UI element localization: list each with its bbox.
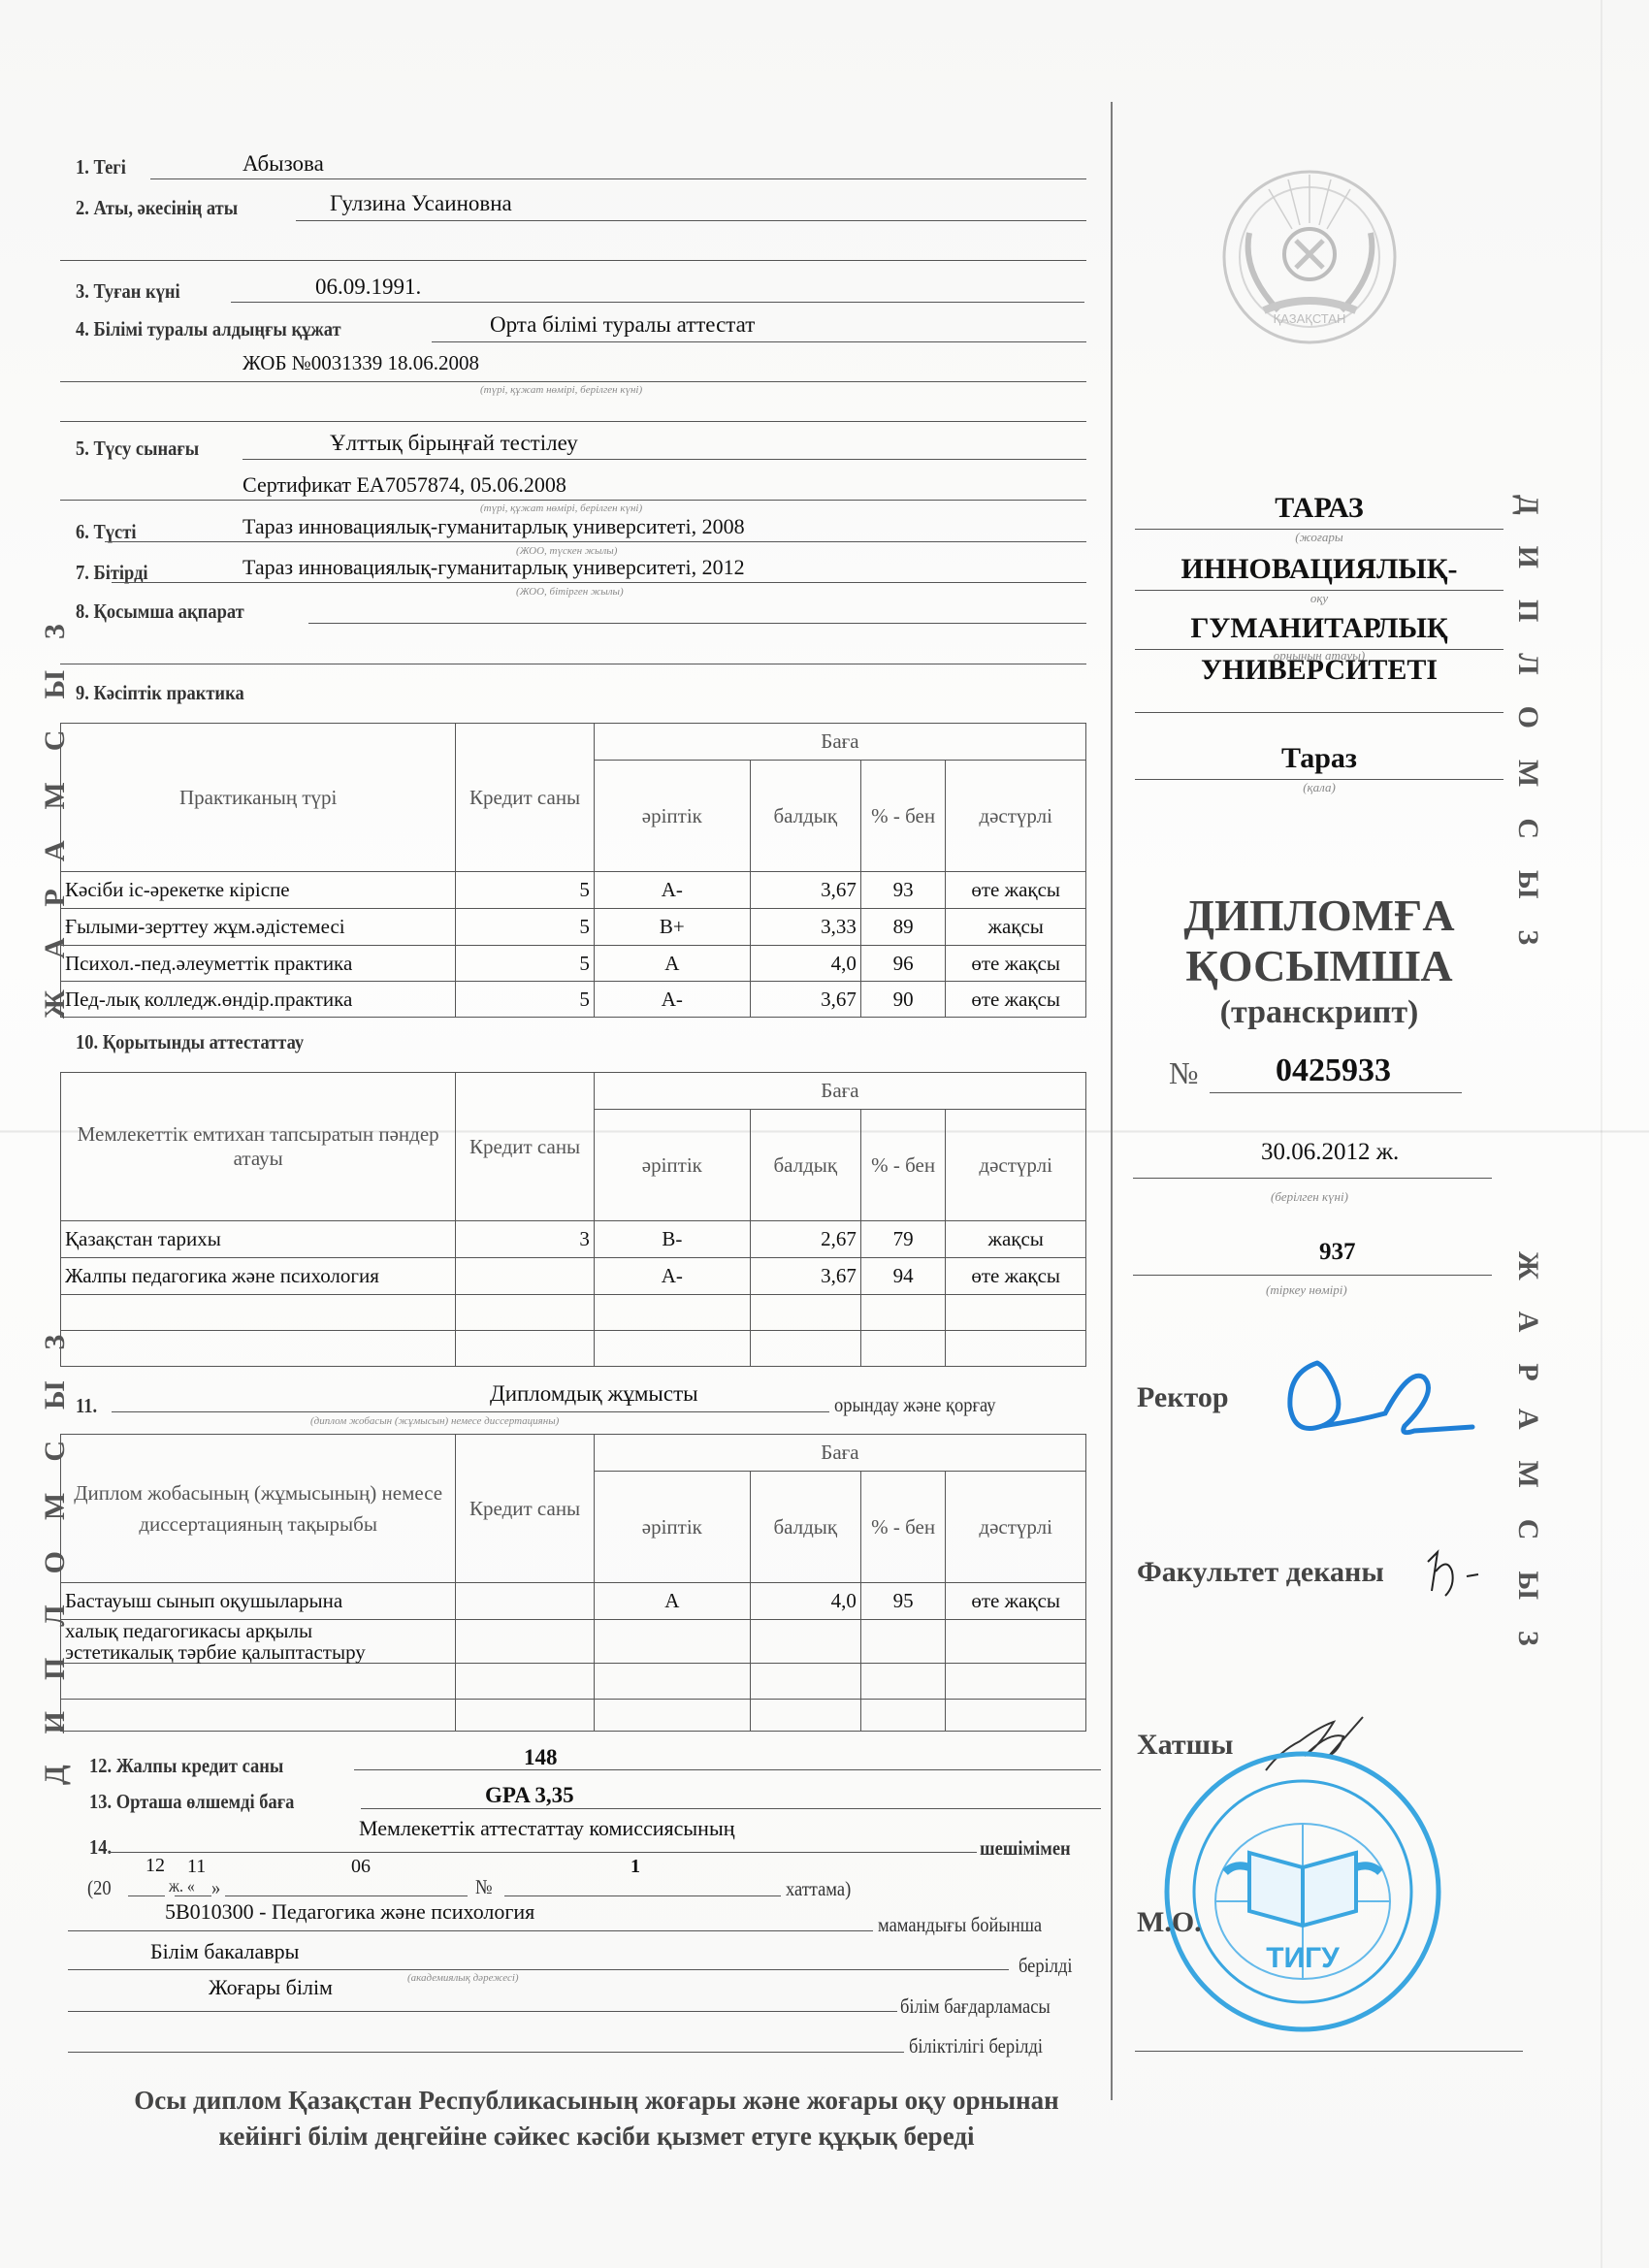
thesis-letter: A — [594, 1583, 750, 1620]
table-row: Қазақстан тарихы3B-2,6779жақсы — [61, 1221, 1086, 1258]
attestation-col-traditional: дәстүрлі — [946, 1110, 1086, 1221]
program-suffix: білім бағдарламасы — [900, 1994, 1051, 2019]
degree-suffix: берілді — [1018, 1954, 1072, 1978]
attestation-cell-traditional — [946, 1295, 1086, 1331]
decision-number: 14. — [89, 1835, 112, 1860]
attestation-col-letter: әріптік — [594, 1110, 750, 1221]
transcript-number-label: № — [1169, 1055, 1199, 1091]
practice-cell-percent: 90 — [860, 982, 946, 1018]
attestation-cell-letter — [594, 1331, 750, 1367]
practice-cell-name: Кәсіби іс-әрекетке кіріспе — [61, 872, 456, 909]
specialty-value: 5В010300 - Педагогика және психология — [165, 1899, 534, 1925]
table-row: Пед-лық колледж.өндір.практика5A-3,6790ө… — [61, 982, 1086, 1018]
practice-col-name: Практиканың түрі — [61, 724, 456, 872]
thesis-percent: 95 — [860, 1583, 946, 1620]
attestation-col-percent: % - бен — [860, 1110, 946, 1221]
attestation-col-name: Мемлекеттік емтихан тапсыратын пәндер ат… — [61, 1073, 456, 1221]
practice-col-grade: Баға — [594, 724, 1085, 761]
practice-cell-name: Ғылыми-зерттеу жұм.әдістемесі — [61, 909, 456, 946]
thesis-table: Диплом жобасының (жұмысының) немесе дисс… — [60, 1434, 1086, 1732]
attestation-cell-points — [750, 1295, 860, 1331]
attestation-cell-letter: B- — [594, 1221, 750, 1258]
registration-number-hint: (тіркеу нөмірі) — [1266, 1282, 1347, 1298]
attestation-cell-letter — [594, 1295, 750, 1331]
practice-col-percent: % - бен — [860, 761, 946, 872]
attestation-cell-percent — [860, 1331, 946, 1367]
attestation-col-points: балдық — [750, 1110, 860, 1221]
attestation-cell-name: Жалпы педагогика және психология — [61, 1258, 456, 1295]
seal-label: М.О. — [1137, 1906, 1202, 1939]
thesis-traditional: өте жақсы — [946, 1583, 1086, 1620]
issuer-block: ТАРАЗ (жоғары ИННОВАЦИЯЛЫҚ- оқу ГУМАНИТА… — [1125, 492, 1513, 795]
field-graduated-hint: (ЖОО, бітірген жылы) — [516, 586, 624, 598]
protocol-year-suffix: ж. « — [169, 1876, 195, 1896]
document-title-block: ДИПЛОМҒА ҚОСЫМША (транскрипт) — [1125, 891, 1513, 1034]
field-enrolled-value: Тараз инновациялық-гуманитарлық универси… — [242, 514, 745, 539]
field-surname-label: 1. Тегі — [76, 155, 126, 179]
field-prev-doc-number: ЖОБ №0031339 18.06.2008 — [242, 351, 479, 375]
attestation-cell-percent: 79 — [860, 1221, 946, 1258]
attestation-cell-points: 2,67 — [750, 1221, 860, 1258]
signatory-rector: Ректор — [1137, 1381, 1229, 1414]
thesis-topic-line-2: халық педагогикасы арқылы — [65, 1620, 451, 1641]
qualification-suffix: біліктілігі берілді — [909, 2034, 1043, 2058]
issuer-name-line-4: УНИВЕРСИТЕТІ — [1125, 654, 1513, 687]
attestation-cell-credits — [456, 1258, 595, 1295]
degree-value: Білім бакалавры — [150, 1939, 299, 1964]
thesis-topic-line-1: Бастауыш сынып оқушыларына — [61, 1583, 456, 1620]
protocol-year: 12 — [145, 1855, 165, 1877]
thesis-row: Бастауыш сынып оқушыларына A 4,0 95 өте … — [61, 1583, 1086, 1620]
thesis-topic-line-3: эстетикалық тәрбие қалыптастыру — [65, 1641, 451, 1663]
practice-cell-traditional: өте жақсы — [946, 982, 1086, 1018]
issuer-city-hint: (қала) — [1125, 780, 1513, 795]
practice-cell-traditional: өте жақсы — [946, 872, 1086, 909]
practice-cell-name: Пед-лық колледж.өндір.практика — [61, 982, 456, 1018]
table-row: Кәсіби іс-әрекетке кіріспе5A-3,6793өте ж… — [61, 872, 1086, 909]
doc-title-line-1: ДИПЛОМҒА — [1125, 891, 1513, 941]
thesis-col-letter: әріптік — [594, 1472, 750, 1583]
attestation-cell-traditional: жақсы — [946, 1221, 1086, 1258]
side-label-right-bottom: ЖАРАМСЫЗ — [1511, 1251, 1544, 1677]
practice-cell-percent: 96 — [860, 946, 946, 982]
practice-cell-credits: 5 — [456, 946, 595, 982]
practice-cell-name: Психол.-пед.әлеуметтік практика — [61, 946, 456, 982]
dean-signature-icon — [1418, 1542, 1496, 1605]
attestation-col-credits: Кредит саны — [456, 1073, 595, 1221]
registration-number: 937 — [1319, 1239, 1356, 1266]
thesis-col-points: балдық — [750, 1472, 860, 1583]
decision-value: Мемлекеттік аттестаттау комиссиясының — [359, 1816, 735, 1841]
attestation-col-grade: Баға — [594, 1073, 1085, 1110]
protocol-day-suffix: » — [211, 1876, 220, 1900]
attestation-table: Мемлекеттік емтихан тапсыратын пәндер ат… — [60, 1072, 1086, 1367]
field-additional-info-label: 8. Қосымша ақпарат — [76, 599, 244, 624]
practice-cell-traditional: жақсы — [946, 909, 1086, 946]
field-entrance-exam-value: Ұлттық бірыңғай тестілеу — [330, 431, 578, 456]
practice-col-letter: әріптік — [594, 761, 750, 872]
attestation-cell-credits — [456, 1295, 595, 1331]
attestation-cell-name: Қазақстан тарихы — [61, 1221, 456, 1258]
rector-signature-icon — [1278, 1353, 1482, 1445]
protocol-no-label: № — [475, 1875, 493, 1899]
practice-cell-credits: 5 — [456, 982, 595, 1018]
attestation-cell-points: 3,67 — [750, 1258, 860, 1295]
gpa-value: GPA 3,35 — [485, 1783, 574, 1808]
practice-section-title: 9. Кәсіптік практика — [76, 681, 244, 705]
attestation-cell-credits: 3 — [456, 1221, 595, 1258]
practice-col-points: балдық — [750, 761, 860, 872]
issue-date: 30.06.2012 ж. — [1261, 1139, 1399, 1166]
practice-cell-points: 3,33 — [750, 909, 860, 946]
thesis-section-number: 11. — [76, 1394, 97, 1418]
thesis-section-value: Дипломдық жұмысты — [490, 1381, 698, 1407]
protocol-suffix: хаттама) — [786, 1877, 851, 1901]
attestation-cell-name — [61, 1331, 456, 1367]
issuer-name-line-3: ГУМАНИТАРЛЫҚ — [1125, 612, 1513, 645]
practice-cell-points: 3,67 — [750, 872, 860, 909]
issuer-city: Тараз — [1125, 742, 1513, 775]
table-row: Психол.-пед.әлеуметтік практика5A4,096өт… — [61, 946, 1086, 982]
thesis-col-grade: Баға — [594, 1435, 1085, 1472]
practice-cell-traditional: өте жақсы — [946, 946, 1086, 982]
table-row: Жалпы педагогика және психологияA-3,6794… — [61, 1258, 1086, 1295]
practice-col-credits: Кредит саны — [456, 724, 595, 872]
table-row: Ғылыми-зерттеу жұм.әдістемесі5B+3,3389жа… — [61, 909, 1086, 946]
thesis-col-traditional: дәстүрлі — [946, 1472, 1086, 1583]
degree-hint: (академиялық дәрежесі) — [407, 1972, 519, 1984]
attestation-section-title: 10. Қорытынды аттестаттау — [76, 1030, 304, 1054]
attestation-cell-points — [750, 1331, 860, 1367]
attestation-cell-credits — [456, 1331, 595, 1367]
practice-cell-letter: A — [594, 946, 750, 982]
doc-title-line-3: (транскрипт) — [1125, 991, 1513, 1034]
svg-text:ҚАЗАҚСТАН: ҚАЗАҚСТАН — [1274, 311, 1346, 326]
practice-cell-letter: A- — [594, 872, 750, 909]
field-prev-doc-label: 4. Білімі туралы алдыңғы құжат — [76, 317, 341, 341]
signatory-dean: Факультет деканы — [1137, 1556, 1384, 1589]
practice-cell-letter: A- — [594, 982, 750, 1018]
field-prev-doc-value: Орта білімі туралы аттестат — [490, 312, 755, 338]
issuer-hint-1: (жоғары — [1125, 530, 1513, 545]
practice-cell-credits: 5 — [456, 909, 595, 946]
university-seal-icon: ТИГУ — [1157, 1746, 1448, 2042]
practice-col-traditional: дәстүрлі — [946, 761, 1086, 872]
practice-cell-points: 3,67 — [750, 982, 860, 1018]
protocol-day: 11 — [187, 1856, 206, 1878]
thesis-col-credits: Кредит саны — [456, 1435, 595, 1583]
thesis-points: 4,0 — [750, 1583, 860, 1620]
field-prev-doc-hint: (түрі, құжат нөмірі, берілген күні) — [480, 384, 642, 396]
practice-cell-points: 4,0 — [750, 946, 860, 982]
attestation-cell-percent — [860, 1295, 946, 1331]
issuer-hint-2: оқу — [1125, 591, 1513, 606]
kazakhstan-emblem-icon: ҚАЗАҚСТАН — [1220, 165, 1400, 354]
attestation-cell-name — [61, 1295, 456, 1331]
field-birthdate-label: 3. Туған күні — [76, 279, 180, 304]
field-name-label: 2. Аты, әкесінің аты — [76, 196, 238, 220]
practice-cell-percent: 89 — [860, 909, 946, 946]
svg-text:ТИГУ: ТИГУ — [1266, 1942, 1340, 1974]
field-entrance-hint: (түрі, құжат нөмірі, берілген күні) — [480, 502, 642, 514]
issuer-name-line-2: ИННОВАЦИЯЛЫҚ- — [1125, 553, 1513, 586]
total-credits-label: 12. Жалпы кредит саны — [89, 1754, 283, 1778]
protocol-prefix: (20 — [87, 1876, 112, 1900]
table-row — [61, 1295, 1086, 1331]
column-divider — [1111, 102, 1113, 2100]
program-value: Жоғары білім — [209, 1975, 333, 2000]
attestation-cell-letter: A- — [594, 1258, 750, 1295]
transcript-number: 0425933 — [1276, 1053, 1391, 1089]
thesis-col-name: Диплом жобасының (жұмысының) немесе дисс… — [61, 1435, 456, 1583]
field-surname-value: Абызова — [242, 151, 324, 177]
attestation-cell-percent: 94 — [860, 1258, 946, 1295]
thesis-section-hint: (диплом жобасын (жұмысын) немесе диссерт… — [310, 1415, 559, 1427]
practice-cell-letter: B+ — [594, 909, 750, 946]
practice-cell-credits: 5 — [456, 872, 595, 909]
issue-date-hint: (берілген күні) — [1271, 1189, 1348, 1205]
thesis-credits — [456, 1583, 595, 1620]
field-name-value: Гулзина Усаиновна — [330, 191, 512, 216]
thesis-col-percent: % - бен — [860, 1472, 946, 1583]
total-credits-value: 148 — [524, 1745, 558, 1770]
fold-crease-vertical — [1600, 0, 1602, 2268]
field-birthdate-value: 06.09.1991. — [315, 275, 421, 300]
protocol-month: 06 — [351, 1856, 371, 1878]
field-entrance-cert: Сертификат ЕА7057874, 05.06.2008 — [242, 472, 566, 498]
doc-title-line-2: ҚОСЫМША — [1125, 941, 1513, 991]
footer-statement: Осы диплом Қазақстан Республикасының жоғ… — [92, 2083, 1101, 2155]
specialty-suffix: мамандығы бойынша — [878, 1913, 1042, 1937]
practice-cell-percent: 93 — [860, 872, 946, 909]
attestation-cell-traditional — [946, 1331, 1086, 1367]
gpa-label: 13. Орташа өлшемді баға — [89, 1790, 294, 1814]
protocol-no: 1 — [630, 1856, 640, 1878]
practice-table: Практиканың түрі Кредит саны Баға әріпті… — [60, 723, 1086, 1018]
field-entrance-exam-label: 5. Түсу сынағы — [76, 437, 199, 461]
table-row — [61, 1331, 1086, 1367]
attestation-cell-traditional: өте жақсы — [946, 1258, 1086, 1295]
decision-suffix: шешімімен — [980, 1836, 1071, 1861]
issuer-name-line-1: ТАРАЗ — [1125, 492, 1513, 525]
field-graduated-value: Тараз инновациялық-гуманитарлық универси… — [242, 555, 745, 580]
thesis-section-suffix: орындау және қорғау — [834, 1393, 996, 1417]
side-label-right-top: ДИПЛОМСЫЗ — [1511, 495, 1544, 976]
